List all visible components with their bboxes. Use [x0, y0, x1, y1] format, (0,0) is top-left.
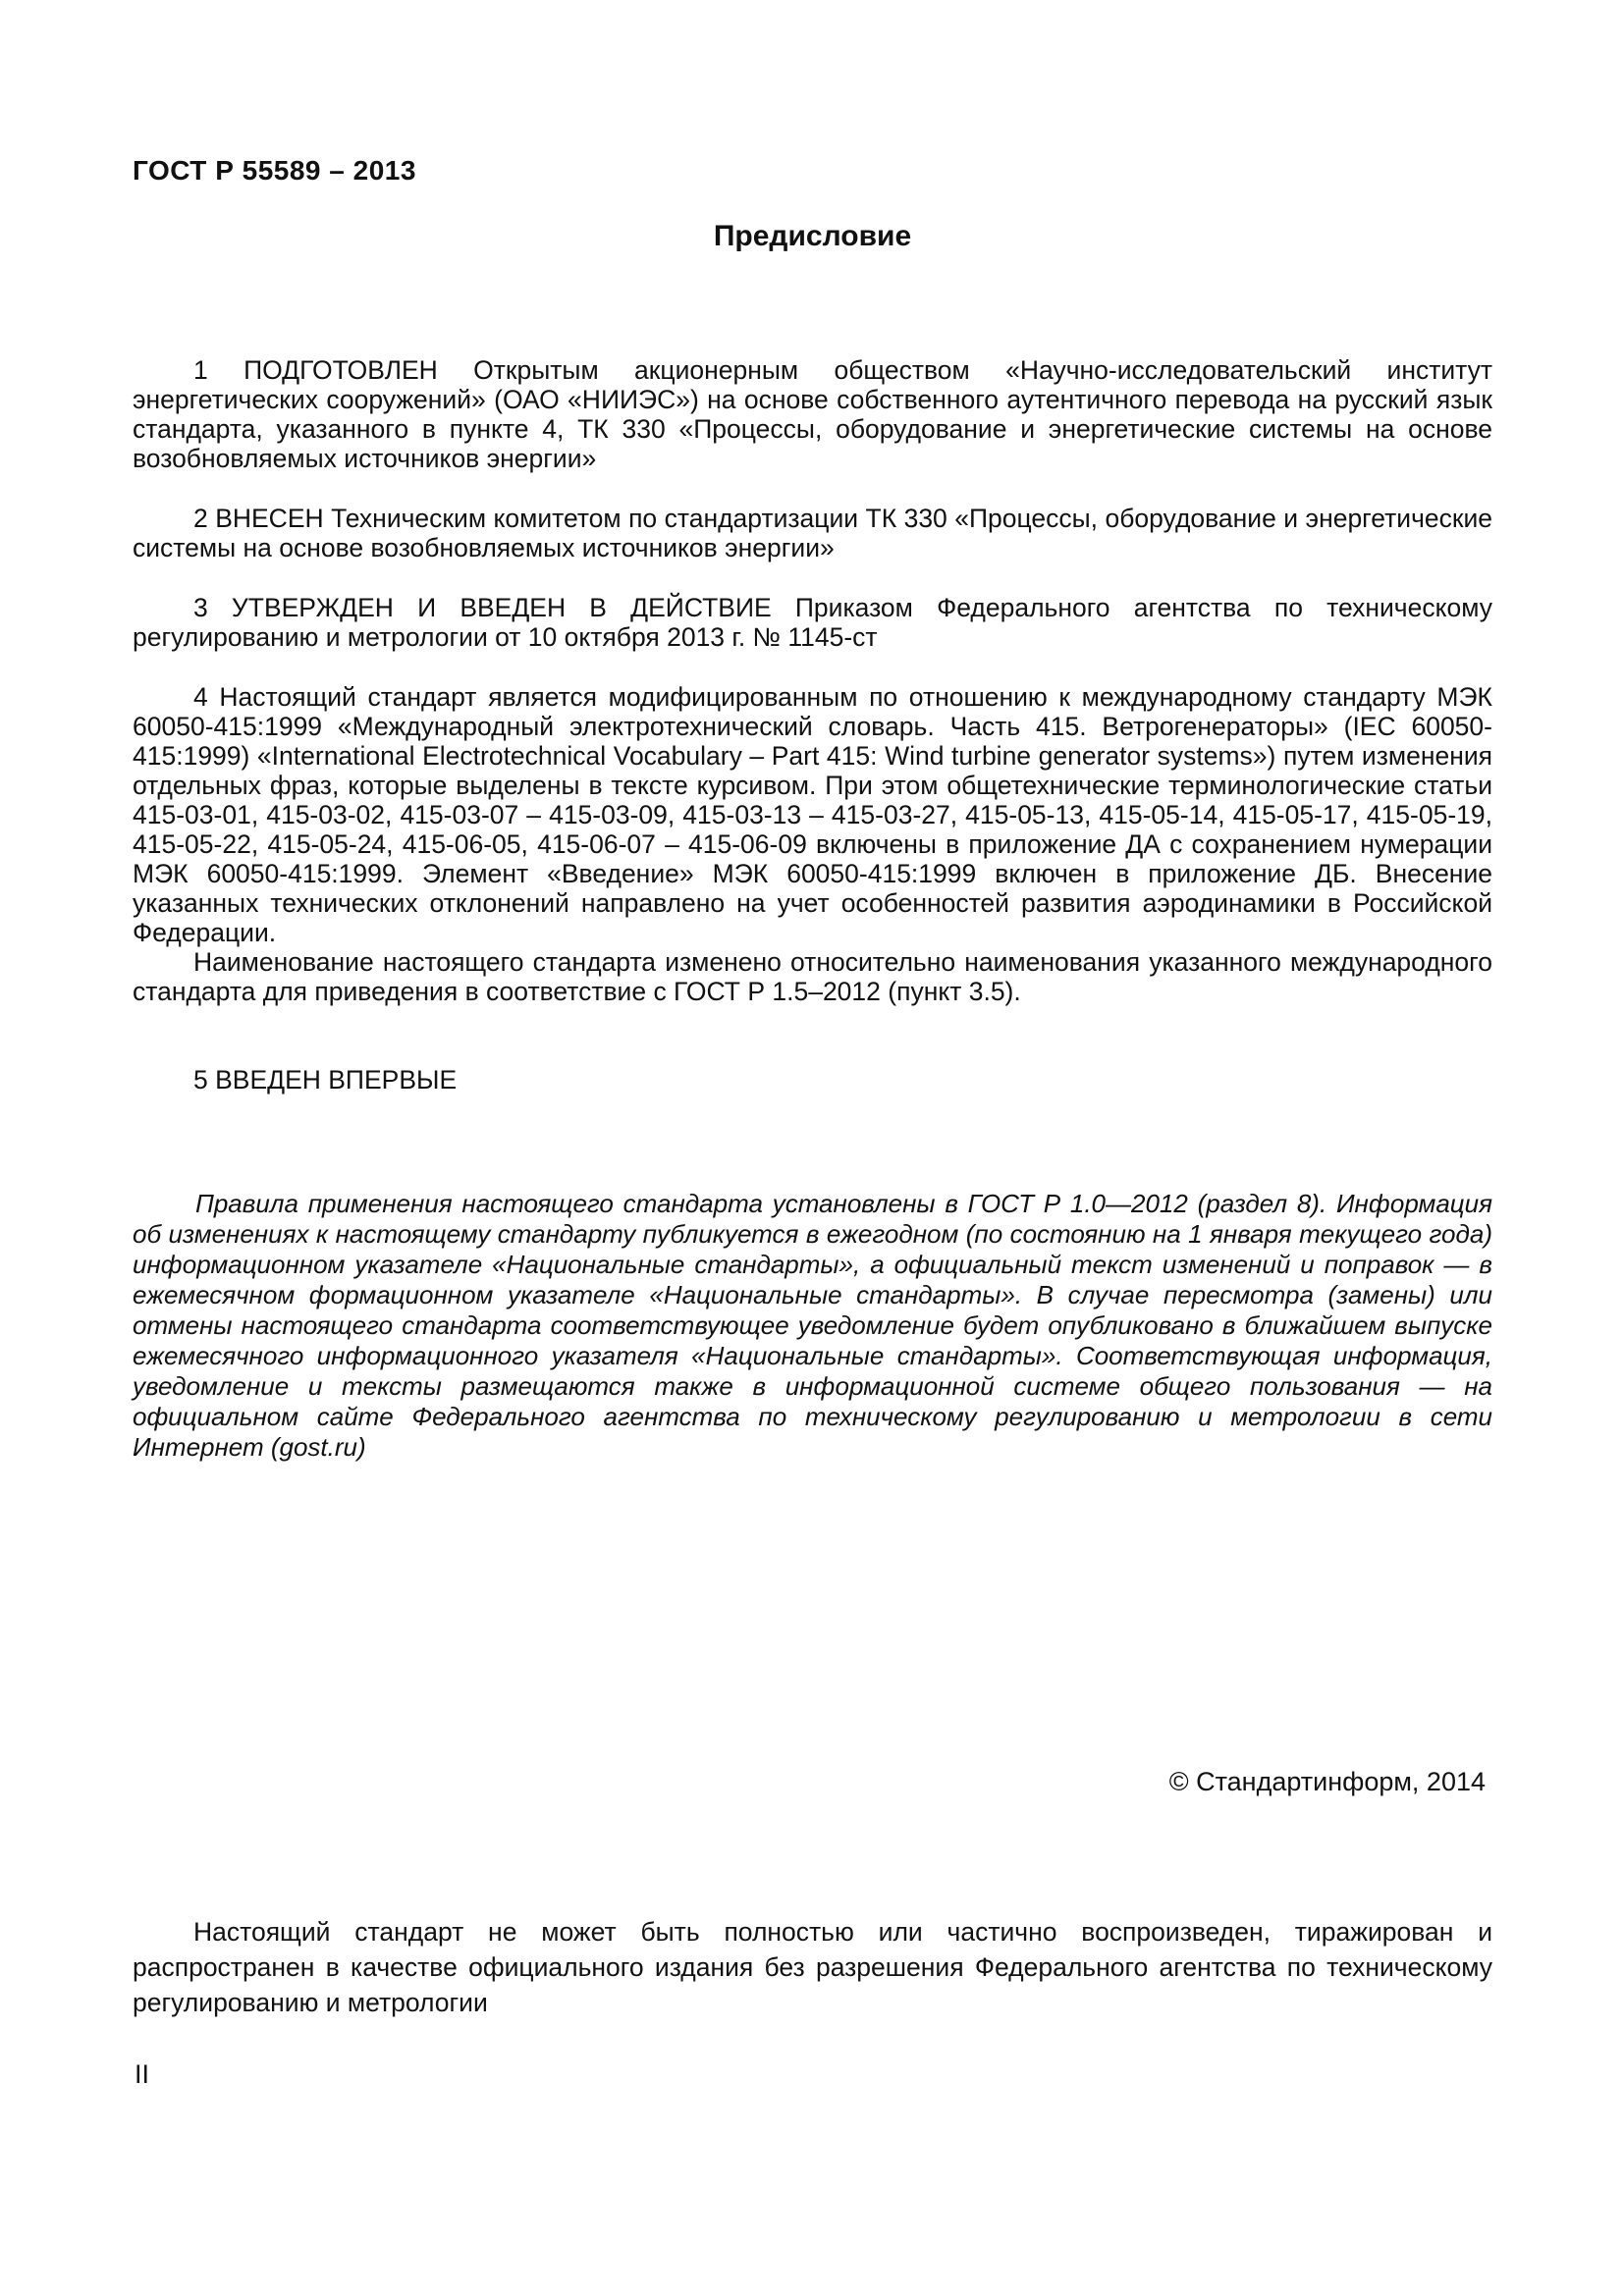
- paragraph-5-first-introduced: 5 ВВЕДЕН ВПЕРВЫЕ: [133, 1065, 1492, 1095]
- document-page: ГОСТ Р 55589 – 2013 Предисловие 1 ПОДГОТ…: [0, 0, 1623, 2296]
- document-code: ГОСТ Р 55589 – 2013: [133, 155, 1492, 187]
- paragraph-4a-renamed: Наименование настоящего стандарта измене…: [133, 947, 1492, 1006]
- paragraph-2-submitted: 2 ВНЕСЕН Техническим комитетом по станда…: [133, 504, 1492, 562]
- page-title: Предисловие: [133, 220, 1492, 253]
- application-rules-note: Правила применения настоящего стандарта …: [133, 1189, 1492, 1463]
- page-number: II: [135, 2059, 149, 2090]
- paragraph-1-prepared: 1 ПОДГОТОВЛЕН Открытым акционерным общес…: [133, 355, 1492, 473]
- reproduction-restriction-note: Настоящий стандарт не может быть полност…: [133, 1914, 1492, 2020]
- page-content: ГОСТ Р 55589 – 2013 Предисловие 1 ПОДГОТ…: [133, 0, 1492, 1463]
- preface-body: 1 ПОДГОТОВЛЕН Открытым акционерным общес…: [133, 355, 1492, 1095]
- copyright-line: © Стандартинформ, 2014: [1169, 1767, 1486, 1797]
- application-rules-text: Правила применения настоящего стандарта …: [133, 1189, 1492, 1463]
- paragraph-3-approved: 3 УТВЕРЖДЕН И ВВЕДЕН В ДЕЙСТВИЕ Приказом…: [133, 593, 1492, 652]
- paragraph-4-modified: 4 Настоящий стандарт является модифициро…: [133, 682, 1492, 947]
